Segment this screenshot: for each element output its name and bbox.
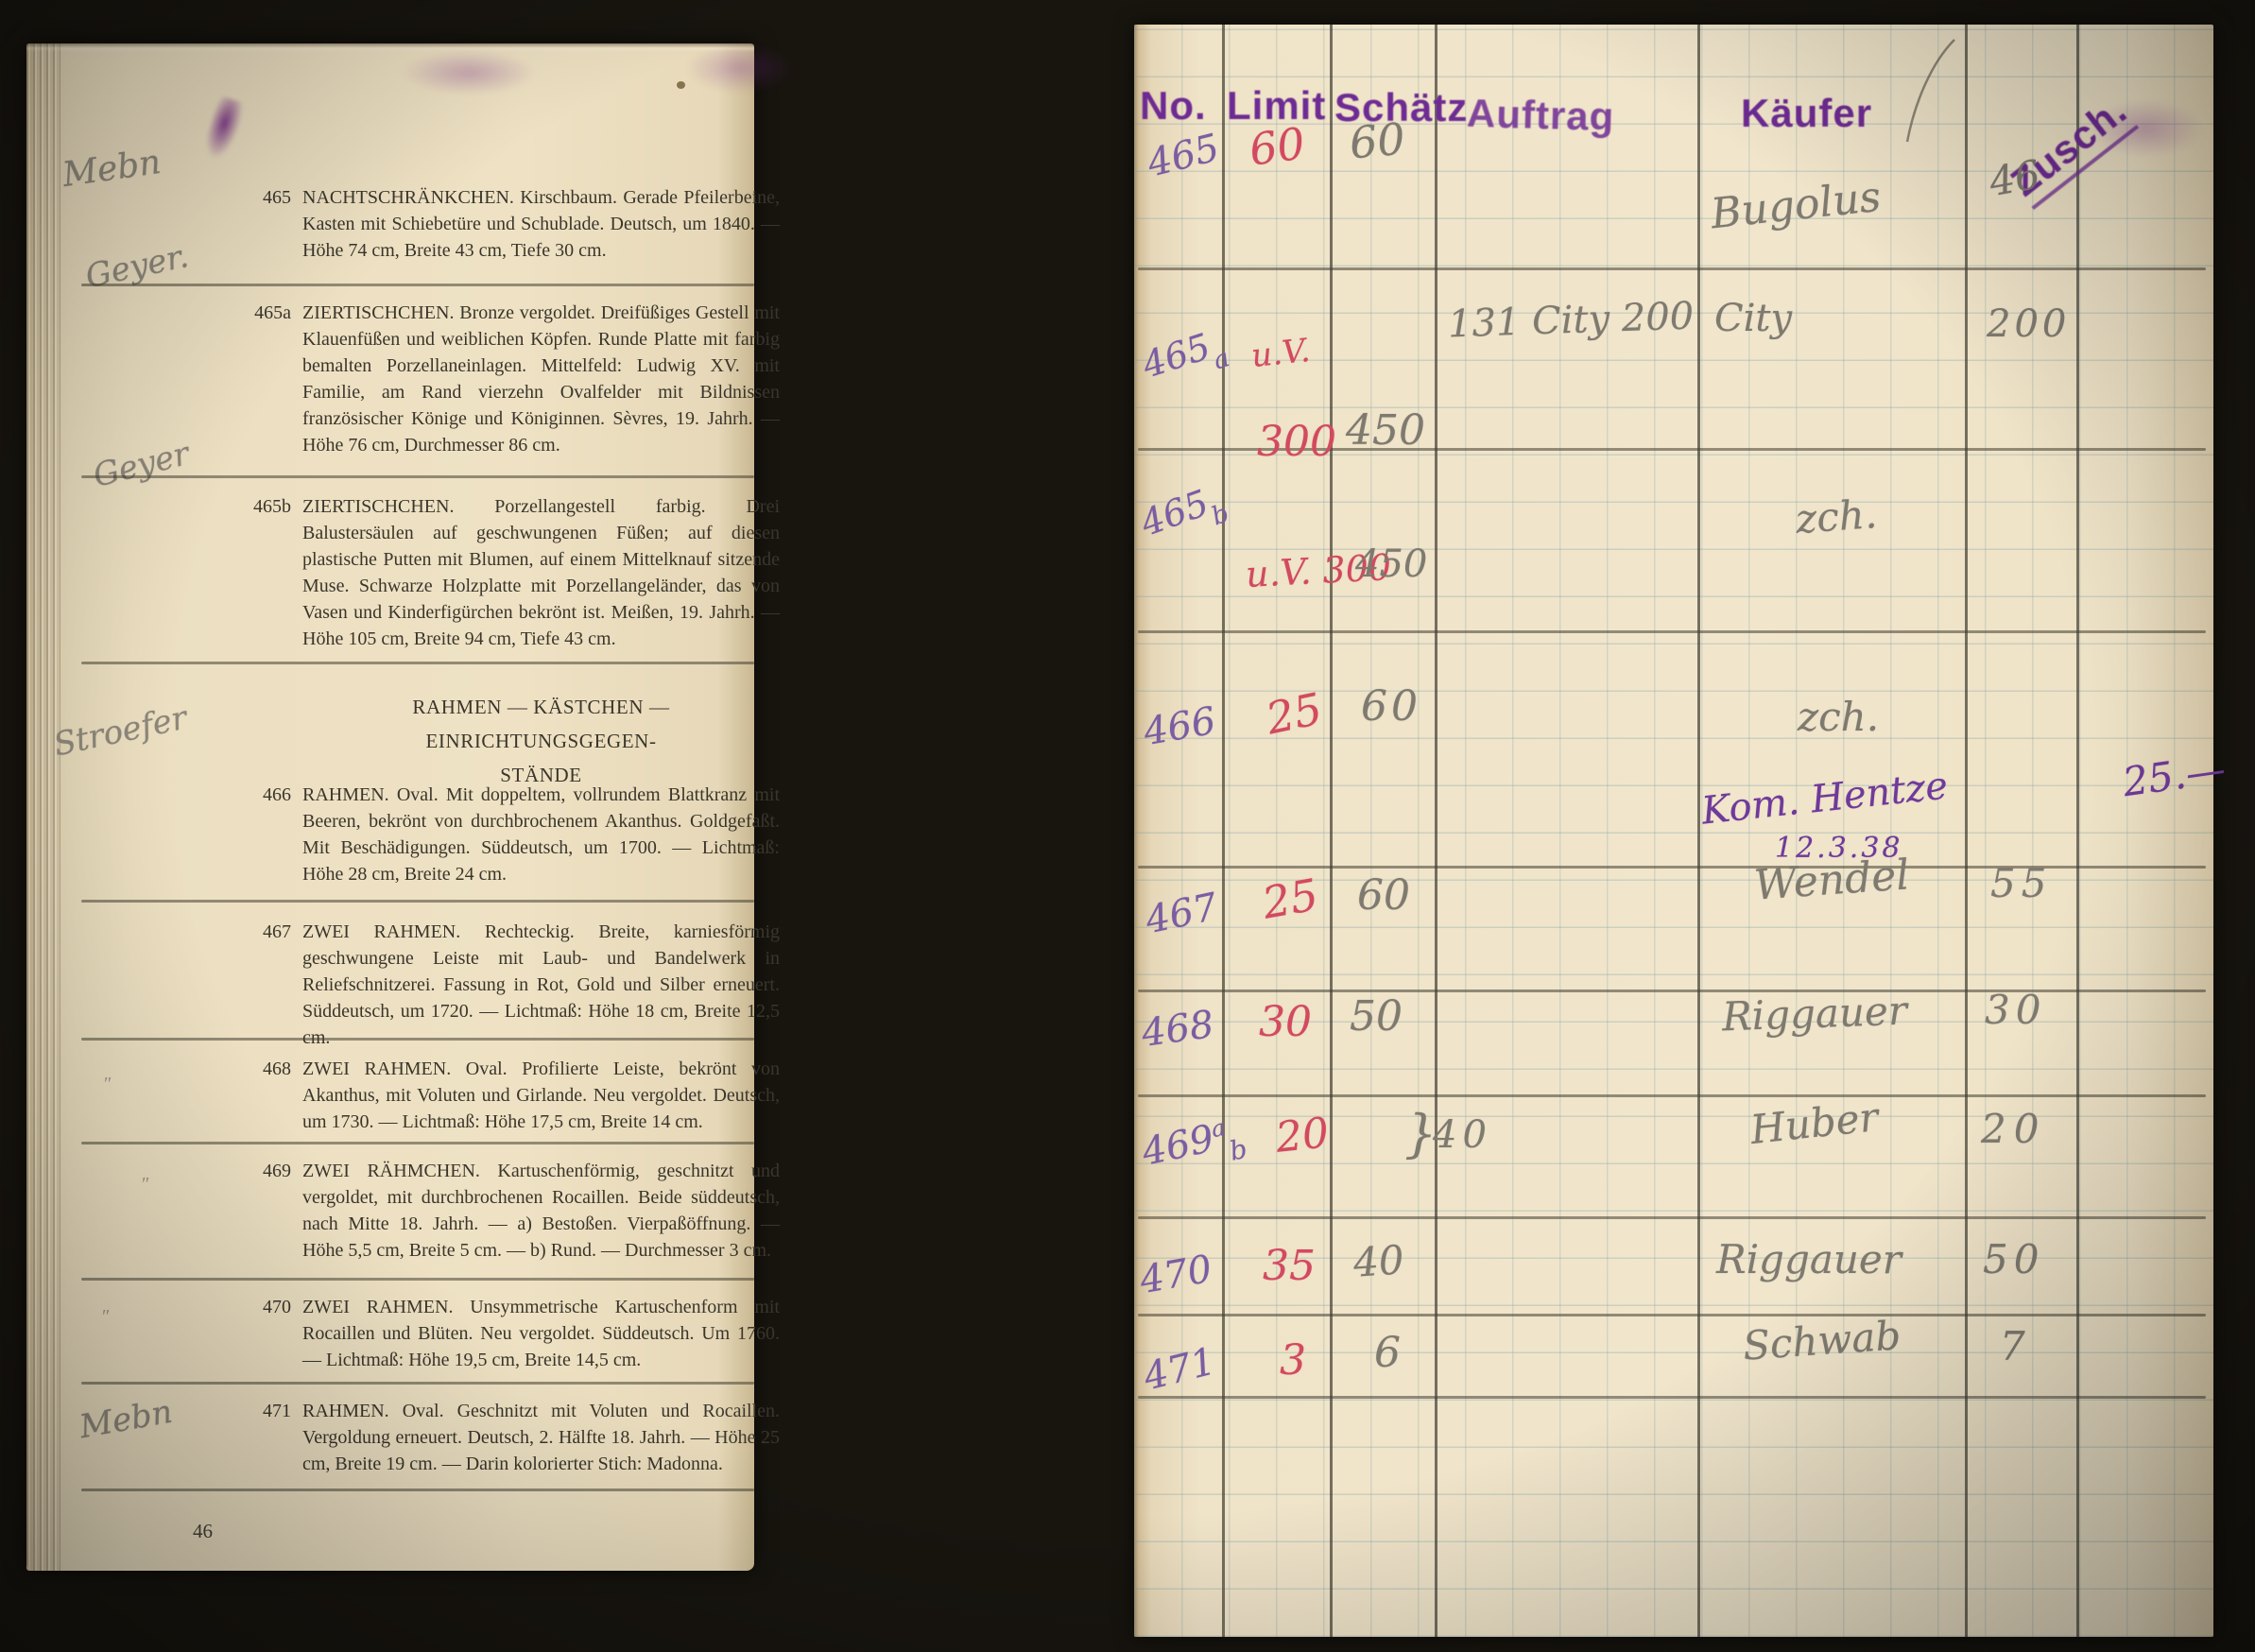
cell-465a-kaeufer: City [1714, 297, 1792, 340]
cell-468-zuschlag: 30 [1985, 987, 2046, 1033]
lot-number: 469 [236, 1158, 291, 1264]
cell-469-schaetz: 40 [1433, 1113, 1492, 1157]
lot-number: 465b [236, 493, 291, 652]
lot-description: ZIERTISCHCHEN. Bronze vergoldet. Dreifüß… [302, 300, 780, 458]
divider-rule [81, 284, 754, 286]
pencil-stroke [1905, 36, 1958, 146]
cell-470-limit: 35 [1263, 1242, 1316, 1290]
cell-467-schaetz: 60 [1357, 871, 1410, 920]
margin-note: Geyer. [82, 237, 192, 296]
divider-rule [81, 1278, 754, 1281]
cell-467-limit: 25 [1259, 869, 1322, 928]
lot-description: NACHTSCHRÄNKCHEN. Kirschbaum. Gerade Pfe… [302, 184, 780, 264]
divider-rule [81, 1038, 754, 1041]
catalog-entry-465: 465 NACHTSCHRÄNKCHEN. Kirschbaum. Gerade… [236, 184, 780, 264]
catalog-entry-471: 471 RAHMEN. Oval. Geschnitzt mit Voluten… [236, 1398, 780, 1477]
catalog-entry-467: 467 ZWEI RAHMEN. Rechteckig. Breite, kar… [236, 919, 780, 1051]
cell-466-schaetz: 60 [1361, 682, 1421, 731]
row-rule [1138, 1094, 2206, 1097]
header-stamp-kaeufer: Käufer [1741, 91, 1872, 136]
divider-rule [81, 1142, 754, 1144]
pencil-tick: ″ [102, 1306, 110, 1328]
cell-465b-kaeufer: zch. [1794, 490, 1878, 542]
header-stamp-no: No. [1140, 83, 1207, 129]
lot-number: 466 [236, 782, 291, 887]
divider-rule [81, 662, 754, 664]
lot-number: 471 [236, 1398, 291, 1477]
margin-note: Stroefer [50, 699, 190, 765]
section-heading-line1: RAHMEN — KÄSTCHEN — EINRICHTUNGSGEGEN- [302, 690, 780, 758]
cell-470-schaetz: 40 [1351, 1236, 1405, 1286]
row-rule [1138, 1314, 2206, 1316]
catalog-page: Mebn Geyer. Geyer Stroefer Mebn ″ ″ ″ 46… [26, 43, 754, 1571]
pencil-tick: ″ [104, 1074, 112, 1095]
cell-468-schaetz: 50 [1350, 992, 1403, 1041]
cell-471-limit: 3 [1280, 1336, 1306, 1385]
page-number: 46 [193, 1520, 213, 1543]
cell-471-zuschlag: 7 [2000, 1323, 2025, 1369]
divider-rule [81, 1489, 754, 1491]
cell-465-limit: 60 [1247, 117, 1308, 176]
cell-465a-auftrag: 131 City 200 [1447, 294, 1695, 346]
lot-description: ZWEI RAHMEN. Unsymmetrische Kartuschenfo… [302, 1294, 780, 1373]
lot-number: 465 [236, 184, 291, 264]
header-stamp-auftrag: Auftrag [1466, 91, 1615, 140]
lot-description: RAHMEN. Oval. Mit doppeltem, vollrundem … [302, 782, 780, 887]
stamp-ghost [2089, 100, 2202, 157]
ink-blot [201, 95, 248, 163]
cell-465a-zuschlag: 200 [1987, 302, 2070, 346]
row-rule [1138, 267, 2206, 270]
cell-468-kaeufer: Riggauer [1721, 988, 1907, 1041]
margin-note: Mebn [60, 143, 164, 195]
catalog-entry-469: 469 ZWEI RÄHMCHEN. Kartuschenförmig, ges… [236, 1158, 780, 1264]
margin-note: Geyer [90, 435, 193, 495]
catalog-entry-465a: 465a ZIERTISCHCHEN. Bronze vergoldet. Dr… [236, 300, 780, 458]
cell-467-zuschlag: 55 [1990, 860, 2052, 906]
row-rule [1138, 1396, 2206, 1399]
lot-description: RAHMEN. Oval. Geschnitzt mit Voluten und… [302, 1398, 780, 1477]
lot-description: ZWEI RÄHMCHEN. Kartuschenförmig, geschni… [302, 1158, 780, 1264]
catalog-entry-466: 466 RAHMEN. Oval. Mit doppeltem, vollrun… [236, 782, 780, 887]
catalog-entry-470: 470 ZWEI RAHMEN. Unsymmetrische Kartusch… [236, 1294, 780, 1373]
book-spread: Mebn Geyer. Geyer Stroefer Mebn ″ ″ ″ 46… [0, 0, 2255, 1652]
divider-rule [81, 900, 754, 903]
pencil-tick: ″ [142, 1174, 149, 1196]
margin-note: Mebn [77, 1393, 175, 1447]
stamp-ghost [403, 51, 535, 95]
cell-465a-schaetz: 450 [1346, 406, 1425, 455]
lot-number: 470 [236, 1294, 291, 1373]
section-heading: RAHMEN — KÄSTCHEN — EINRICHTUNGSGEGEN- S… [302, 690, 780, 792]
lot-description: ZWEI RAHMEN. Rechteckig. Breite, karnies… [302, 919, 780, 1051]
cell-465a-limit: 300 [1257, 418, 1336, 466]
stamp-ghost [688, 43, 792, 93]
lot-description: ZWEI RAHMEN. Oval. Profilierte Leiste, b… [302, 1056, 780, 1135]
lot-description: ZIERTISCHCHEN. Porzellangestell farbig. … [302, 493, 780, 652]
row-rule [1138, 630, 2206, 633]
lot-number: 467 [236, 919, 291, 1051]
cell-465a-limit-uv: u.V. [1249, 332, 1312, 375]
cell-471-schaetz: 6 [1374, 1329, 1401, 1377]
lot-number: 465a [236, 300, 291, 458]
cell-465-schaetz: 60 [1348, 113, 1407, 169]
divider-rule [81, 475, 754, 478]
cell-470-zuschlag: 50 [1983, 1236, 2044, 1282]
cell-465b-schaetz: 450 [1355, 542, 1427, 586]
cell-469-limit: 20 [1273, 1109, 1331, 1162]
paper-speck [677, 81, 685, 89]
cell-470-kaeufer: Riggauer [1716, 1236, 1902, 1282]
row-rule [1138, 1216, 2206, 1219]
divider-rule [81, 1382, 754, 1385]
catalog-entry-465b: 465b ZIERTISCHCHEN. Porzellangestell far… [236, 493, 780, 652]
cell-466-kaeufer: zch. [1798, 694, 1879, 740]
catalog-entry-468: 468 ZWEI RAHMEN. Oval. Profilierte Leist… [236, 1056, 780, 1135]
cell-465-zuschlag: 46 [1986, 151, 2043, 206]
ledger-page: No. Limit Schätz Auftrag Käufer Zusch. 4… [1134, 25, 2213, 1637]
lot-number: 468 [236, 1056, 291, 1135]
cell-469-zuschlag: 20 [1981, 1106, 2046, 1152]
cell-468-limit: 30 [1259, 998, 1312, 1046]
